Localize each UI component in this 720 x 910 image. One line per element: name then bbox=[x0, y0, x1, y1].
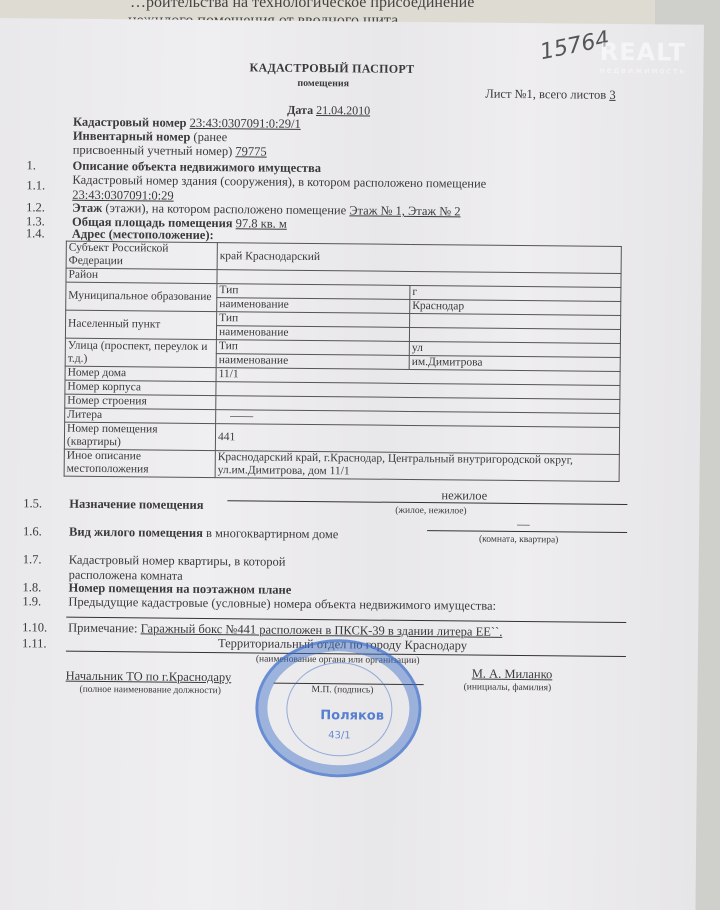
document-subtitle: помещения bbox=[297, 78, 349, 89]
section-num: 1.4. bbox=[26, 226, 45, 241]
section-label: Кадастровый номер квартиры, в которой bbox=[69, 553, 286, 569]
purpose-hint: (жилое, нежилое) bbox=[395, 506, 466, 517]
sheet-label: Лист №1, всего листов bbox=[485, 87, 606, 102]
section-1-9: 1.9. Предыдущие кадастровые (условные) н… bbox=[68, 595, 496, 614]
section-num: 1.9. bbox=[22, 594, 41, 609]
date-value: 21.04.2010 bbox=[316, 103, 370, 118]
watermark-logo: REALT bbox=[600, 38, 686, 67]
section-num: 1.7. bbox=[23, 552, 42, 567]
inventory-label: Инвентарный номер bbox=[73, 129, 191, 144]
sheet-number: Лист №1, всего листов 3 bbox=[485, 87, 615, 103]
dwelling-type-value: — bbox=[517, 517, 530, 532]
date-label: Дата bbox=[287, 103, 313, 117]
row-label: Улица (проспект, переулок и т.д.) bbox=[65, 338, 216, 367]
section-num: 1.6. bbox=[23, 524, 42, 539]
signatory-position: Начальник ТО по г.Краснодару bbox=[66, 669, 232, 686]
section-num: 1.2. bbox=[26, 200, 45, 215]
section-label-bold: Этаж bbox=[72, 201, 102, 215]
section-num: 1. bbox=[27, 158, 37, 173]
stamp-signature: Поляков bbox=[320, 708, 384, 724]
section-label-bold: Вид жилого помещения bbox=[69, 525, 203, 540]
background-text-1: …роительства на технологическое присоеди… bbox=[130, 0, 474, 12]
name-label: наименование bbox=[216, 354, 409, 370]
row-label: Номер строения bbox=[65, 394, 216, 409]
row-value: край Краснодарский bbox=[217, 243, 621, 274]
section-label: Примечание: bbox=[68, 621, 137, 636]
section-label: Предыдущие кадастровые (условные) номера… bbox=[68, 595, 496, 613]
cadastral-value: 23:43:0307091:0:29/1 bbox=[190, 116, 301, 131]
section-value: 97.8 кв. м bbox=[236, 216, 287, 230]
section-num: 1.11. bbox=[22, 636, 47, 651]
section-num: 1.5. bbox=[23, 496, 42, 511]
section-value: Этаж № 1, Этаж № 2 bbox=[349, 203, 460, 218]
watermark-subtext: недвижимость bbox=[599, 66, 686, 76]
cadastral-passport-page: 15764 REALT недвижимость КАДАСТРОВЫЙ ПАС… bbox=[0, 18, 704, 910]
row-value: Краснодарский край, г.Краснодар, Централ… bbox=[215, 451, 619, 482]
official-stamp: Поляков 43/1 bbox=[255, 638, 422, 778]
row-label: Номер корпуса bbox=[65, 380, 216, 395]
section-1-5: 1.5. Назначение помещения bbox=[69, 497, 203, 513]
cadastral-label: Кадастровый номер bbox=[73, 115, 187, 130]
inventory-value: 79775 bbox=[235, 144, 266, 158]
table-row: Иное описание местоположения Краснодарск… bbox=[64, 449, 619, 481]
section-label: в многоквартирном доме bbox=[203, 526, 339, 541]
signatory-name: М. А. Миланко bbox=[472, 667, 553, 683]
row-label: Номер помещения (квартиры) bbox=[64, 422, 215, 450]
purpose-value: нежилое bbox=[441, 488, 487, 503]
section-num: 1.8. bbox=[22, 580, 41, 595]
stamp-number: 43/1 bbox=[328, 730, 351, 741]
name-label: наименование bbox=[217, 298, 410, 314]
row-value: 441 bbox=[215, 424, 619, 455]
section-num: 1.10. bbox=[22, 620, 47, 635]
section-label: Адрес (местоположение): bbox=[72, 227, 214, 242]
sheet-total: 3 bbox=[609, 88, 615, 102]
row-label: Населенный пункт bbox=[65, 310, 216, 339]
signatory-position-hint: (полное наименование должности) bbox=[80, 685, 221, 696]
section-1-6: 1.6. Вид жилого помещения в многоквартир… bbox=[69, 525, 338, 543]
name-value: Краснодар bbox=[410, 299, 621, 315]
address-table: Субъект Российской Федерации край Красно… bbox=[64, 241, 622, 482]
row-label: Литера bbox=[65, 408, 216, 423]
row-label: Муниципальное образование bbox=[66, 282, 217, 311]
document-title: КАДАСТРОВЫЙ ПАСПОРТ bbox=[249, 60, 414, 77]
row-label: Номер дома bbox=[65, 366, 216, 381]
name-label: наименование bbox=[216, 326, 409, 342]
row-label: Район bbox=[66, 268, 217, 283]
signatory-name-hint: (инициалы, фамилия) bbox=[464, 682, 552, 693]
dwelling-type-hint: (комната, квартира) bbox=[479, 535, 558, 546]
row-label: Иное описание местоположения bbox=[64, 449, 215, 477]
inventory-note: (ранее bbox=[193, 130, 227, 144]
inventory-note2: присвоенный учетный номер) bbox=[73, 143, 233, 159]
name-value: им.Димитрова bbox=[409, 355, 620, 371]
section-num: 1.1. bbox=[26, 178, 45, 193]
row-label: Субъект Российской Федерации bbox=[66, 241, 217, 269]
section-label: Назначение помещения bbox=[69, 497, 203, 512]
purpose-underline bbox=[227, 500, 627, 505]
section-1-7: 1.7. Кадастровый номер квартиры, в котор… bbox=[69, 553, 286, 585]
inventory-number-line2: присвоенный учетный номер) 79775 bbox=[73, 143, 267, 160]
